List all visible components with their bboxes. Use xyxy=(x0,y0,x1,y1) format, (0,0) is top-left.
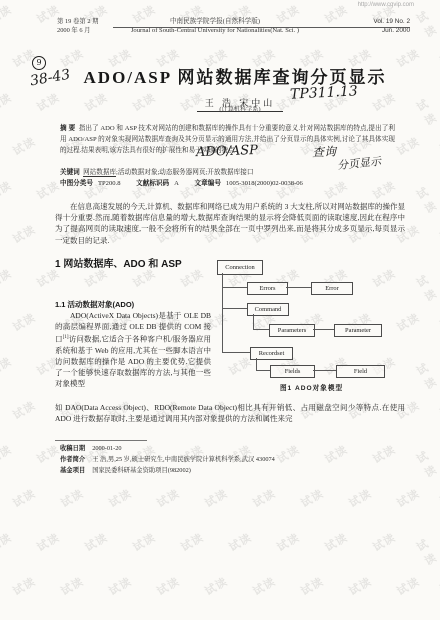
node-field: Field xyxy=(336,365,385,378)
article-id-value: 1005-3018(2000)02-0038-06 xyxy=(226,180,303,187)
continuation-paragraph: 如 DAO(Data Access Object)、RDO(Remote Dat… xyxy=(55,402,405,424)
article-title: ADO/ASP 网站数据库查询分页显示 xyxy=(40,63,430,88)
connector-trunk xyxy=(222,273,223,353)
footnotes-block: 收稿日期2000-01-20 作者简介王 浩,男,25 岁,硕士研究生,中南民族… xyxy=(60,443,400,476)
journal-vol-en: Vol. 19 No. 2 xyxy=(373,17,410,26)
connector-errors xyxy=(222,287,247,288)
connector-errors-error xyxy=(286,287,311,288)
clc-label: 中图分类号 xyxy=(60,180,93,187)
section-1-1-paragraph: ADO(ActiveX Data Objects)是基于 OLE DB 的高层编… xyxy=(55,310,211,389)
received-value: 2000-01-20 xyxy=(92,445,121,452)
doc-code-value: A xyxy=(174,180,179,187)
connector-fields xyxy=(256,370,270,371)
connector-command-down xyxy=(253,314,254,330)
received-label: 收稿日期 xyxy=(60,445,85,452)
section-1-1-heading: 1.1 活动数据对象(ADO) xyxy=(55,299,215,310)
connector-parameters-parameter xyxy=(313,329,334,330)
author-bio-line: 作者简介王 浩,男,25 岁,硕士研究生,中南民族学院计算机科学系,武汉 430… xyxy=(60,454,400,465)
keywords-line: 关键词 网站数据库;活动数据对象;动态服务器网页;开放数据库接口 xyxy=(60,166,395,176)
keywords-rest: ;活动数据对象;动态服务器网页;开放数据库接口 xyxy=(116,169,253,176)
abstract-block: 摘 要 指出了 ADO 和 ASP 技术对网站的创建和数据库的操作具有十分重要的… xyxy=(60,124,395,156)
abstract-label: 摘 要 xyxy=(60,125,75,132)
intro-paragraph: 在信息高速发展的今天,计算机、数据库和网络已成为用户系统的 3 大支柱,所以对网… xyxy=(55,201,405,246)
figure-ado-object-model: Connection Errors Error Command Paramete… xyxy=(213,258,410,396)
keyword-first: 网站数据库 xyxy=(83,169,116,177)
node-errors: Errors xyxy=(247,282,288,295)
author-affiliation: (计算机科学系) xyxy=(100,104,380,113)
source-url-watermark: http://www.cqvip.com xyxy=(358,2,414,8)
node-parameters: Parameters xyxy=(269,324,315,337)
scanned-paper-page: 试读试读试读试读试读试读试读试读试读试读试读试读试读试读试读试读试读试读试读试读… xyxy=(0,0,440,620)
node-error: Error xyxy=(311,282,353,295)
section-1-heading: 1 网站数据库、ADO 和 ASP xyxy=(55,258,183,272)
footnote-rule xyxy=(55,440,147,441)
figure-diagram: Connection Errors Error Command Paramete… xyxy=(213,258,410,396)
journal-issue-block: 第 19 卷第 2 期 2000 年 6 月 xyxy=(57,17,99,35)
connector-fields-field xyxy=(313,370,336,371)
fund-label: 基金项目 xyxy=(60,467,85,474)
journal-issue-cn: 第 19 卷第 2 期 xyxy=(57,17,99,26)
clc-value: TP200.8 xyxy=(98,180,121,187)
journal-date-cn: 2000 年 6 月 xyxy=(57,26,99,35)
keywords-label: 关键词 xyxy=(60,169,80,176)
journal-name-cn: 中南民族学院学报(自然科学版) xyxy=(110,17,320,26)
para-text-post: 访问数据,它适合于各种客户机/服务器应用系统和基于 Web 的应用,尤其在一些脚… xyxy=(55,335,211,388)
bio-label: 作者简介 xyxy=(60,456,85,463)
fund-line: 基金项目国家民委科研基金资助项目(982002) xyxy=(60,465,400,476)
node-connection: Connection xyxy=(217,260,263,275)
header-rule xyxy=(113,27,410,28)
node-parameter: Parameter xyxy=(334,324,382,337)
connector-recordset xyxy=(222,352,250,353)
classification-line: 中图分类号TP200.8 文献标识码A 文章编号1005-3018(2000)0… xyxy=(60,177,395,187)
abstract-text: 指出了 ADO 和 ASP 技术对网站的创建和数据库的操作具有十分重要的意义.针… xyxy=(60,125,395,154)
article-id-label: 文章编号 xyxy=(195,180,221,187)
received-date-line: 收稿日期2000-01-20 xyxy=(60,443,400,454)
doc-code-label: 文献标识码 xyxy=(136,180,169,187)
figure-caption: 图1 ADO对象模型 xyxy=(213,382,410,392)
connector-parameters xyxy=(253,329,269,330)
bio-value: 王 浩,男,25 岁,硕士研究生,中南民族学院计算机科学系,武汉 430074 xyxy=(92,456,275,463)
node-fields: Fields xyxy=(270,365,315,378)
connector-command xyxy=(222,308,247,309)
fund-value: 国家民委科研基金资助项目(982002) xyxy=(92,467,191,474)
